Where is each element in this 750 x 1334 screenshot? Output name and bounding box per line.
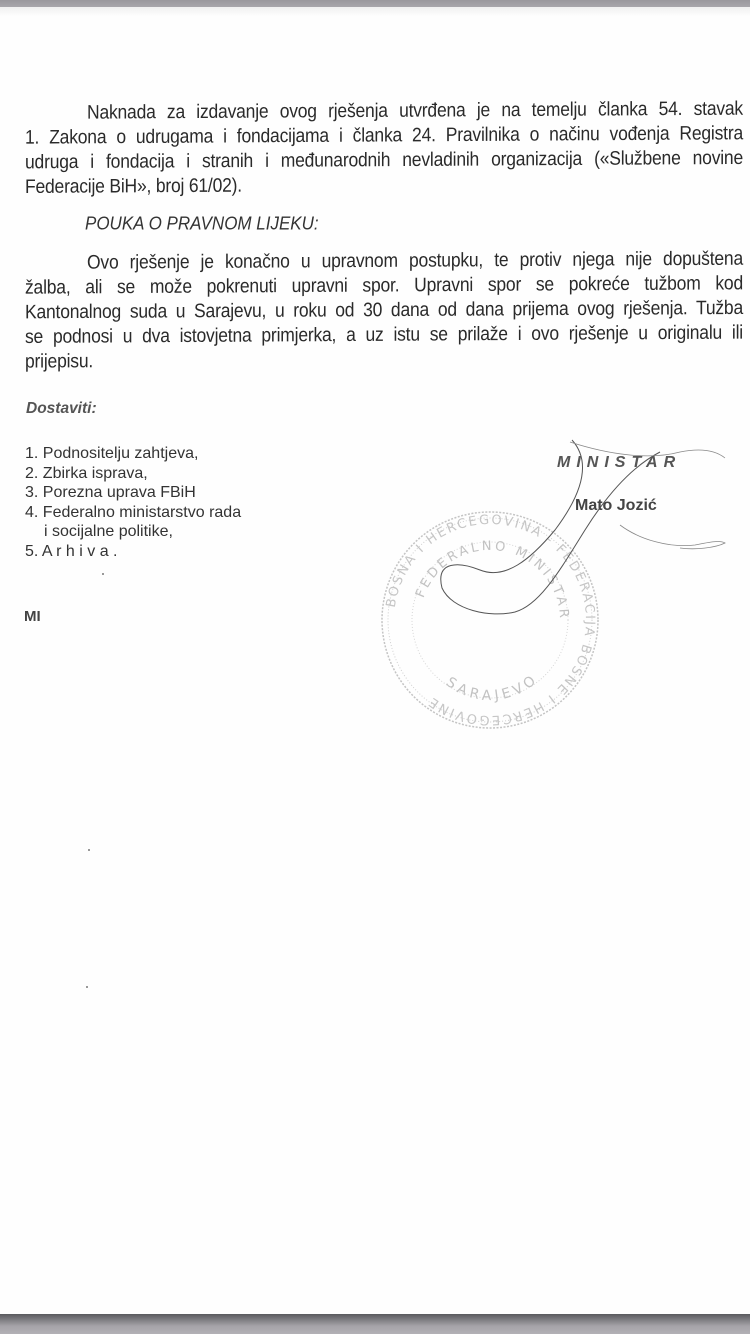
delivery-item: 5. A r h i v a . (25, 542, 241, 562)
scan-speck (86, 986, 88, 988)
delivery-item: 3. Porezna uprava FBiH (25, 483, 241, 503)
author-initials: MI (24, 608, 41, 625)
viewer-top-shadow (0, 7, 750, 17)
legal-remedy-heading: POUKA O PRAVNOM LIJEKU: (85, 213, 319, 235)
scan-speck (88, 849, 90, 851)
delivery-item: 2. Zbirka isprava, (25, 464, 241, 484)
official-stamp-icon: BOSNA I HERCEGOVINA - FEDERACIJA BOSNE I… (380, 430, 750, 730)
paragraph-line: udruga i fondacija i stranih i međunarod… (25, 145, 743, 174)
viewer-top-bar (0, 0, 750, 7)
signatory-title: MINISTAR (557, 454, 681, 472)
paragraph-line: prijepisu. (25, 344, 743, 373)
delivery-list: 1. Podnositelju zahtjeva, 2. Zbirka ispr… (25, 444, 241, 561)
paragraph-line: Federacije BiH», broj 61/02). (25, 170, 743, 199)
viewer-bottom-bar (0, 1314, 750, 1334)
delivery-item: 1. Podnositelju zahtjeva, (25, 444, 241, 464)
fee-paragraph: Naknada za izdavanje ovog rješenja utvrđ… (25, 96, 743, 199)
signatory-name: Mato Jozić (575, 497, 657, 515)
stamp-city-text: SARAJEVO (443, 671, 542, 704)
legal-remedy-paragraph: Ovo rješenje je konačno u upravnom postu… (25, 246, 743, 374)
delivery-item-continuation: i socijalne politike, (25, 522, 241, 542)
scan-speck (102, 573, 104, 575)
delivery-item: 4. Federalno ministarstvo rada (25, 503, 241, 523)
paragraph-line: se podnosi u dva istovjetna primjerka, a… (25, 320, 743, 349)
delivery-heading: Dostaviti: (26, 400, 97, 418)
